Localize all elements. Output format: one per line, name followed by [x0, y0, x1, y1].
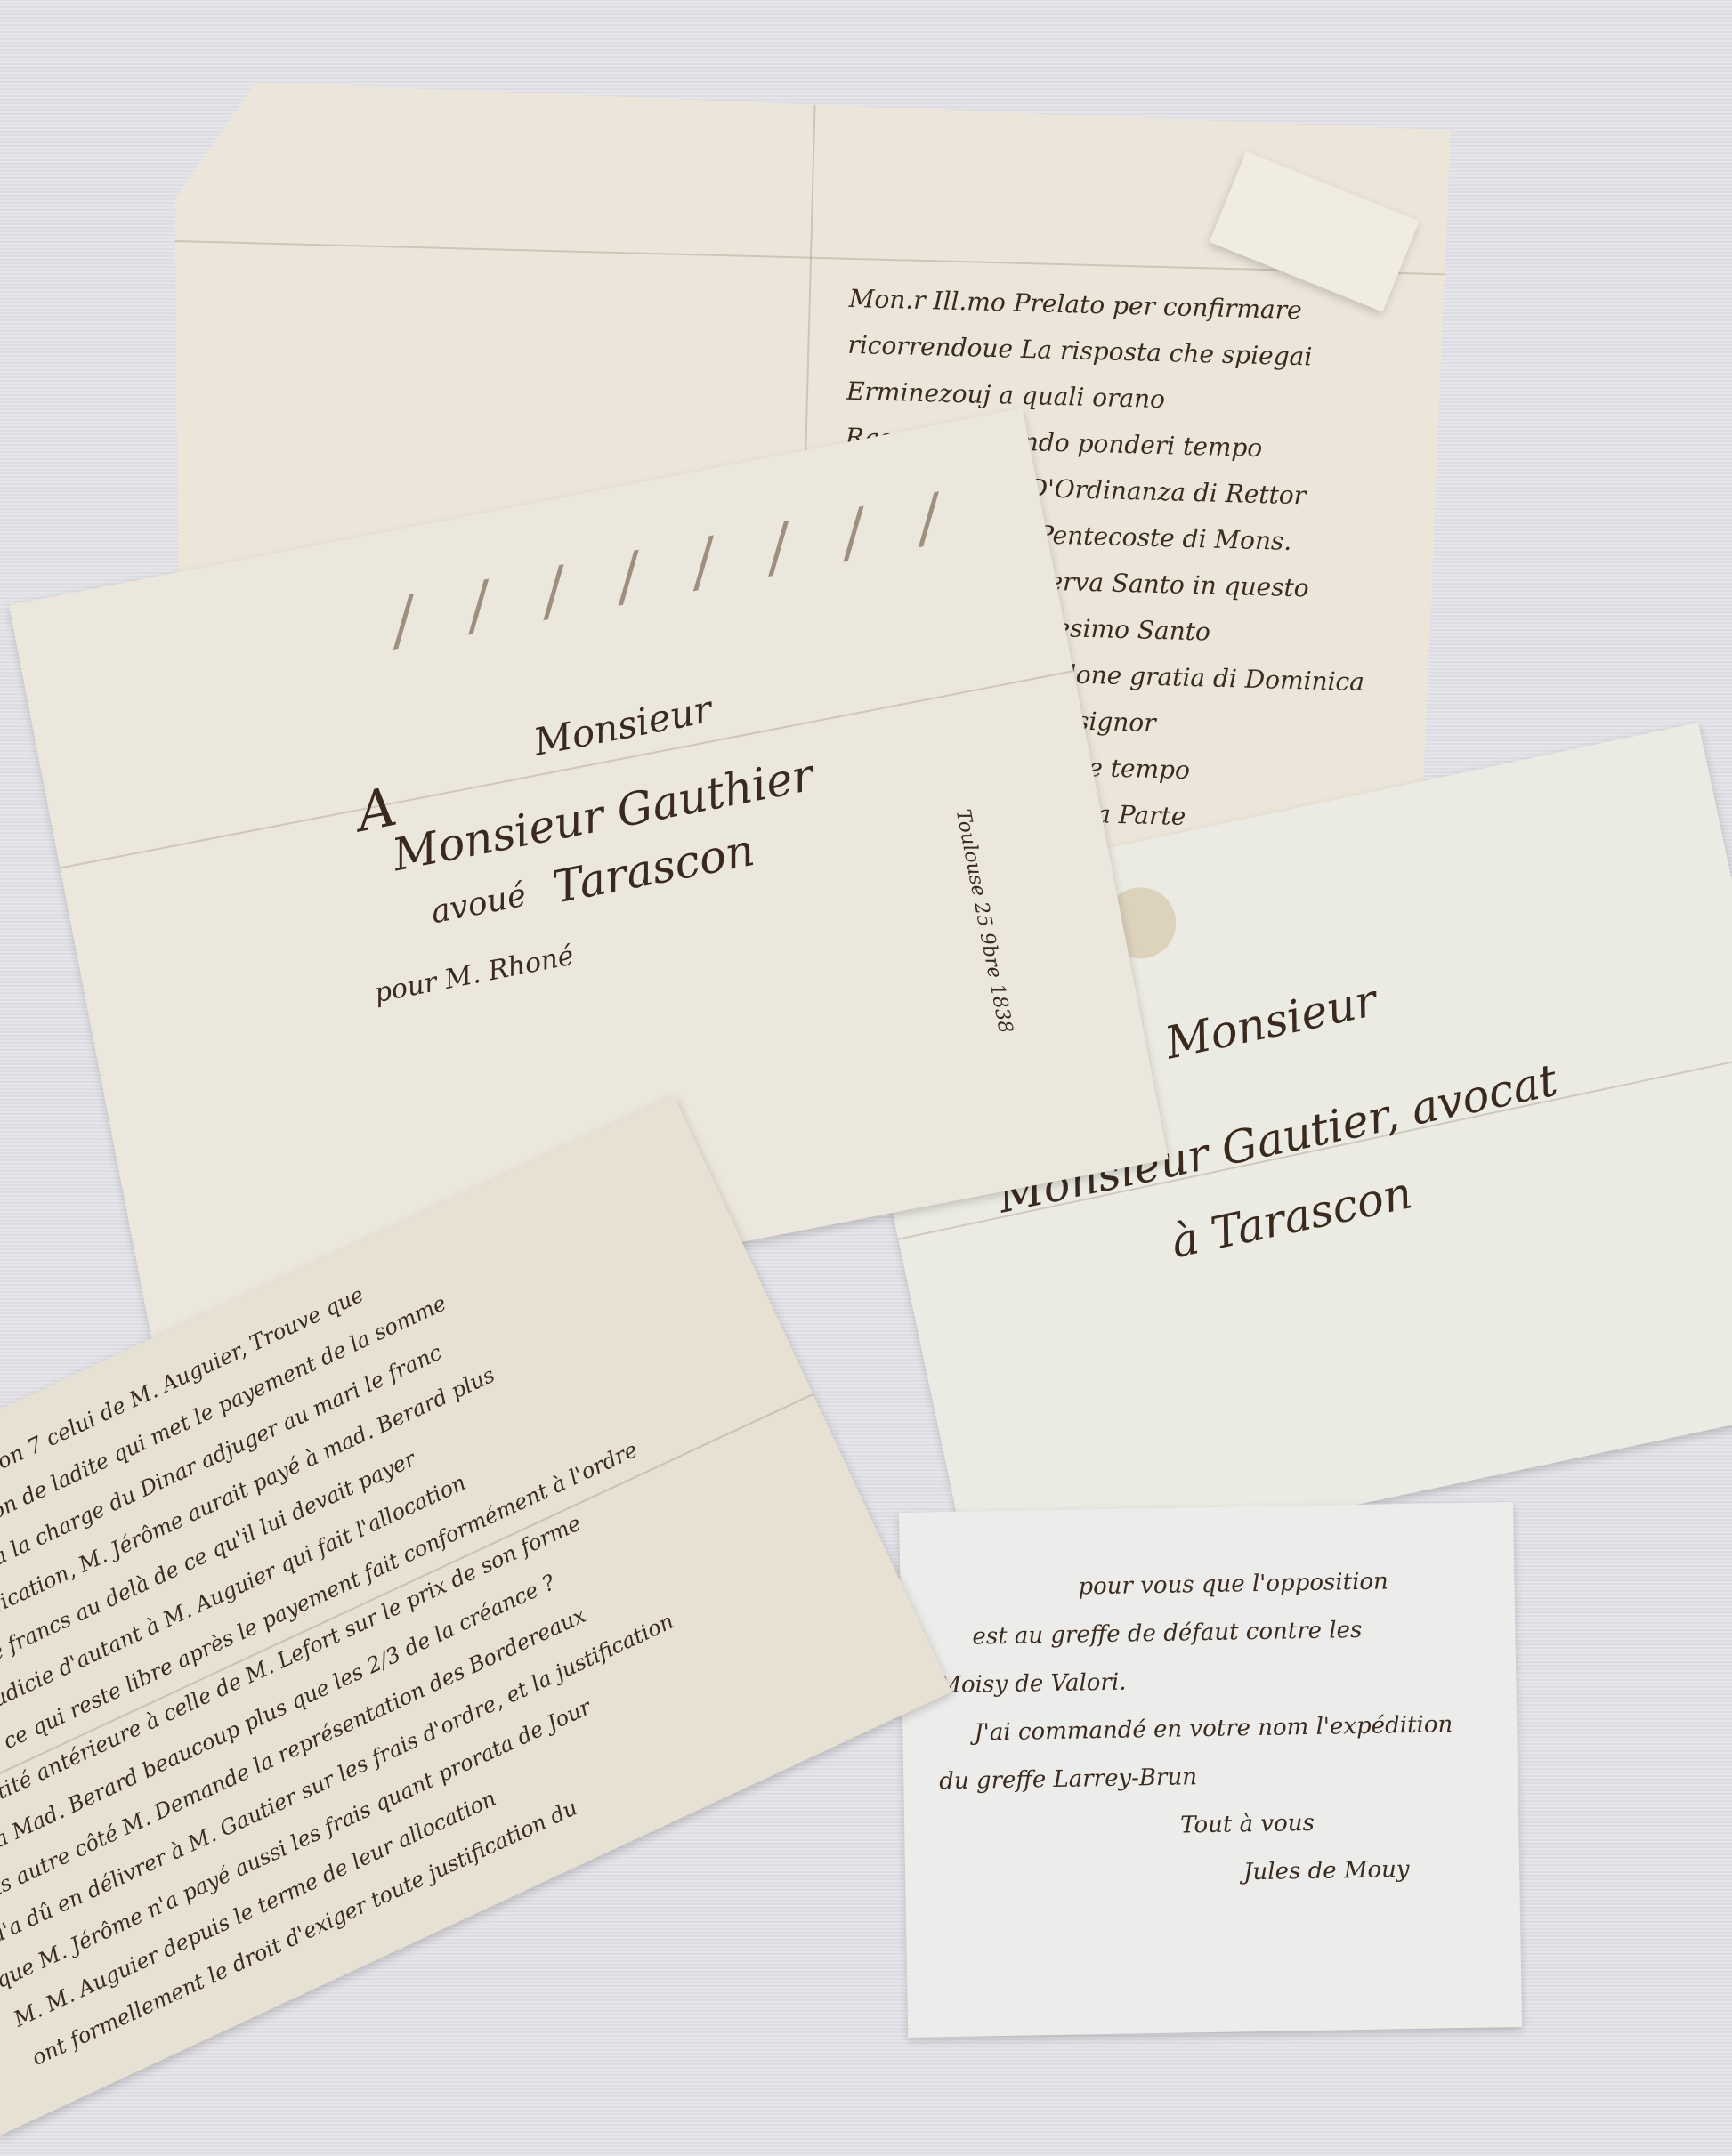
note-line: du greffe Larrey-Brun: [939, 1748, 1454, 1805]
lefort-text: M. Lefort avant à Lyon 7 celui de M. Aug…: [0, 1197, 772, 2079]
note-line: Moisy de Valori.: [937, 1652, 1453, 1709]
note-line: Tout à vous: [940, 1797, 1455, 1853]
note-line: est au greffe de défaut contre les: [936, 1604, 1452, 1661]
postmark-line: Toulouse 25 9bre 1838: [951, 807, 1016, 1035]
letter-note: pour vous que l'opposition est au greffe…: [899, 1502, 1522, 2038]
address-line: à Tarascon: [1167, 1167, 1417, 1268]
note-line: pour vous que l'opposition: [935, 1556, 1451, 1613]
side-note: pour M. Rhoné: [372, 941, 577, 1010]
address-line: Monsieur: [530, 687, 716, 764]
note-line: J'ai commandé en votre nom l'expédition: [938, 1700, 1453, 1757]
note-text: pour vous que l'opposition est au greffe…: [935, 1556, 1455, 1902]
address-line: avoué: [428, 877, 530, 932]
note-line: Jules de Mouy: [941, 1845, 1456, 1902]
address-line: Monsieur: [1161, 974, 1381, 1070]
